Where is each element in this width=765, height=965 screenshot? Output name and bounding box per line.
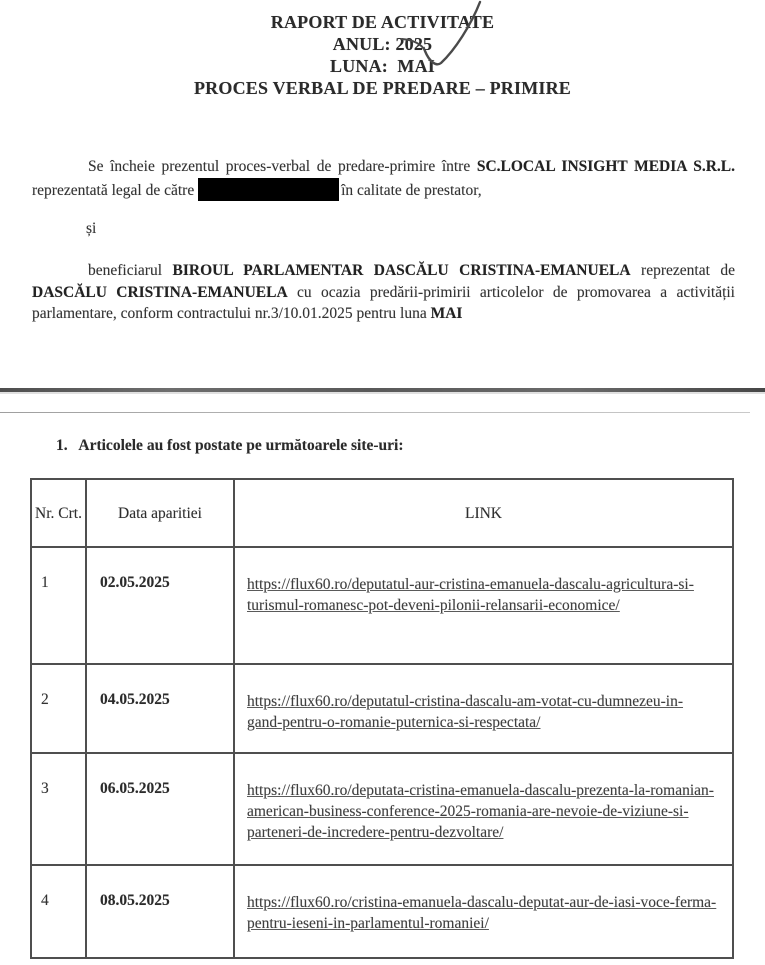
row-number: 4 — [31, 865, 86, 958]
beneficiary-office-name: BIROUL PARLAMENTAR DASCĂLU CRISTINA-EMAN… — [173, 262, 631, 279]
document-title-block: RAPORT DE ACTIVITATE ANUL: 2025 LUNA: MA… — [0, 11, 765, 99]
title-line-protocol: PROCES VERBAL DE PREDARE – PRIMIRE — [0, 77, 765, 99]
scanned-document-page: { "document": { "title_lines": [ "RAPORT… — [0, 0, 765, 965]
intro-run-3: în calitate de prestator, — [341, 182, 482, 199]
row-date: 08.05.2025 — [86, 865, 234, 958]
title-line-month: LUNA: MAI — [0, 55, 765, 77]
table-row: 3 06.05.2025 https://flux60.ro/deputata-… — [31, 753, 733, 865]
header-data-aparitiei: Data aparitiei — [86, 479, 234, 547]
article-link[interactable]: https://flux60.ro/deputatul-cristina-das… — [247, 693, 683, 731]
table-row: 1 02.05.2025 https://flux60.ro/deputatul… — [31, 547, 733, 664]
row-date: 02.05.2025 — [86, 547, 234, 664]
intro-paragraph: Se încheie prezentul proces-verbal de pr… — [32, 156, 735, 201]
table-header-row: Nr. Crt. Data aparitiei LINK — [31, 479, 733, 547]
article-link[interactable]: https://flux60.ro/deputata-cristina-eman… — [247, 782, 714, 841]
row-number: 1 — [31, 547, 86, 664]
provider-company-name: SC.LOCAL INSIGHT MEDIA S.R.L. — [477, 158, 735, 175]
table-row: 4 08.05.2025 https://flux60.ro/cristina-… — [31, 865, 733, 958]
scan-artifact-line-dark — [0, 388, 765, 392]
redaction-box — [198, 178, 339, 201]
intro-run-1: Se încheie prezentul proces-verbal de pr… — [88, 158, 477, 175]
conjunction-text: și — [86, 220, 96, 238]
article-link[interactable]: https://flux60.ro/deputatul-aur-cristina… — [247, 576, 694, 614]
beneficiary-run-2: reprezentat de — [631, 262, 735, 279]
intro-run-2: reprezentată legal de către — [32, 182, 198, 199]
title-line-report: RAPORT DE ACTIVITATE — [0, 11, 765, 33]
article-link[interactable]: https://flux60.ro/cristina-emanuela-dasc… — [247, 894, 716, 932]
header-link: LINK — [234, 479, 733, 547]
beneficiary-person-name: DASCĂLU CRISTINA-EMANUELA — [32, 284, 288, 301]
articles-table: Nr. Crt. Data aparitiei LINK 1 02.05.202… — [30, 478, 734, 959]
row-date: 06.05.2025 — [86, 753, 234, 865]
report-month: MAI — [431, 305, 463, 322]
row-number: 2 — [31, 664, 86, 753]
section-1-heading: 1. Articolele au fost postate pe următoa… — [56, 437, 404, 455]
beneficiary-paragraph: beneficiarul BIROUL PARLAMENTAR DASCĂLU … — [32, 260, 735, 325]
beneficiary-run-1: beneficiarul — [88, 262, 173, 279]
table-row: 2 04.05.2025 https://flux60.ro/deputatul… — [31, 664, 733, 753]
scan-artifact-line-light — [0, 412, 750, 413]
row-date: 04.05.2025 — [86, 664, 234, 753]
title-line-year: ANUL: 2025 — [0, 33, 765, 55]
row-number: 3 — [31, 753, 86, 865]
header-nr-crt: Nr. Crt. — [31, 479, 86, 547]
